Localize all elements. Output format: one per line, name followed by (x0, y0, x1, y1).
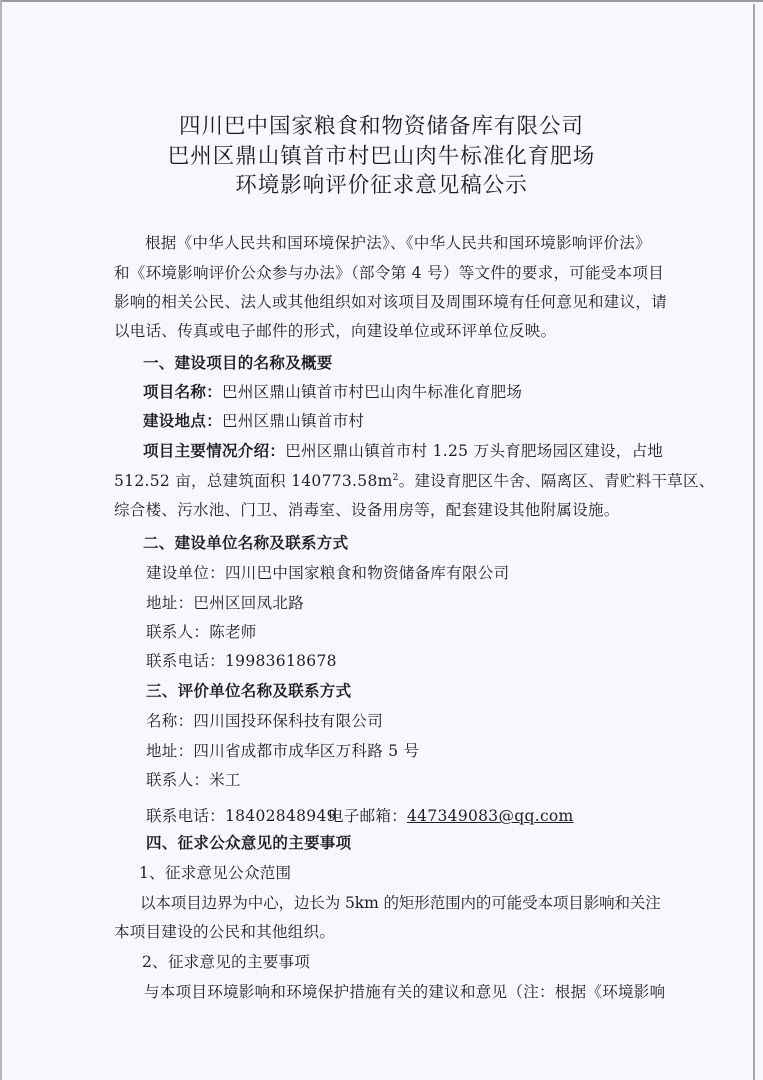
intro-line-1: 根据《中华人民共和国环境保护法》、《中华人民共和国环境影响评价法》 (145, 233, 651, 253)
overview-line-1: 项目主要情况介绍：巴州区鼎山镇首市村 1.25 万头育肥场园区建设，占地 (143, 441, 663, 461)
section-3-heading: 三、评价单位名称及联系方式 (146, 681, 351, 701)
evaluator-address: 地址：四川省成都市成华区万科路 5 号 (146, 741, 419, 761)
item-2-line-1: 与本项目环境影响和环境保护措施有关的建议和意见（注：根据《环境影响 (144, 982, 665, 1002)
page-border-top (0, 0, 763, 2)
section-2-heading: 二、建设单位名称及联系方式 (143, 533, 348, 553)
intro-line-3: 影响的相关公民、法人或其他组织如对该项目及周围环境有任何意见和建议，请 (114, 292, 667, 312)
evaluator-phone: 联系电话：18402848949 (146, 806, 337, 826)
location-row: 建设地点：巴州区鼎山镇首市村 (143, 411, 364, 431)
section-1-heading: 一、建设项目的名称及概要 (143, 353, 333, 373)
title-line-1: 四川巴中国家粮食和物资储备库有限公司 (0, 113, 763, 141)
builder-unit: 建设单位：四川巴中国家粮食和物资储备库有限公司 (146, 563, 509, 583)
overview-text-2a: 512.52 亩，总建筑面积 140773.58m (114, 472, 393, 490)
title-line-3: 环境影响评价征求意见稿公示 (0, 172, 763, 200)
overview-line-2: 512.52 亩，总建筑面积 140773.58m2。建设育肥区牛舍、隔离区、青… (114, 471, 715, 491)
email-label: 电子邮箱： (328, 807, 407, 825)
builder-address: 地址：巴州区回凤北路 (146, 593, 304, 613)
overview-label: 项目主要情况介绍： (143, 441, 285, 460)
title-line-2: 巴州区鼎山镇首市村巴山肉牛标准化育肥场 (0, 143, 763, 171)
project-name-row: 项目名称：巴州区鼎山镇首市村巴山肉牛标准化育肥场 (143, 382, 522, 402)
item-2-title: 2、征求意见的主要事项 (142, 952, 310, 972)
builder-phone: 联系电话：19983618678 (146, 651, 337, 671)
overview-line-3: 综合楼、污水池、门卫、消毒室、设备用房等，配套建设其他附属设施。 (114, 500, 620, 520)
overview-text-1: 巴州区鼎山镇首市村 1.25 万头育肥场园区建设，占地 (285, 442, 663, 460)
email-link[interactable]: 447349083@qq.com (407, 807, 574, 825)
intro-line-2: 和《环境影响评价公众参与办法》（部令第 4 号）等文件的要求，可能受本项目 (114, 263, 664, 283)
project-name-value: 巴州区鼎山镇首市村巴山肉牛标准化育肥场 (222, 383, 522, 401)
item-1-line-1: 以本项目边界为中心，边长为 5km 的矩形范围内的可能受本项目影响和关注 (140, 893, 661, 913)
section-4-heading: 四、征求公众意见的主要事项 (146, 833, 351, 853)
overview-text-2b: 。建设育肥区牛舍、隔离区、青贮料干草区、 (399, 472, 715, 490)
intro-line-4: 以电话、传真或电子邮件的形式，向建设单位或环评单位反映。 (114, 321, 556, 341)
builder-contact: 联系人：陈老师 (146, 622, 257, 642)
location-label: 建设地点： (143, 411, 222, 430)
item-1-title: 1、征求意见公众范围 (139, 863, 291, 883)
location-value: 巴州区鼎山镇首市村 (222, 412, 364, 430)
project-name-label: 项目名称： (143, 382, 222, 401)
evaluator-email-row: 电子邮箱：447349083@qq.com (328, 806, 574, 826)
evaluator-name: 名称：四川国投环保科技有限公司 (146, 711, 383, 731)
evaluator-contact: 联系人：米工 (146, 770, 241, 790)
item-1-line-2: 本项目建设的公民和其他组织。 (114, 922, 335, 942)
